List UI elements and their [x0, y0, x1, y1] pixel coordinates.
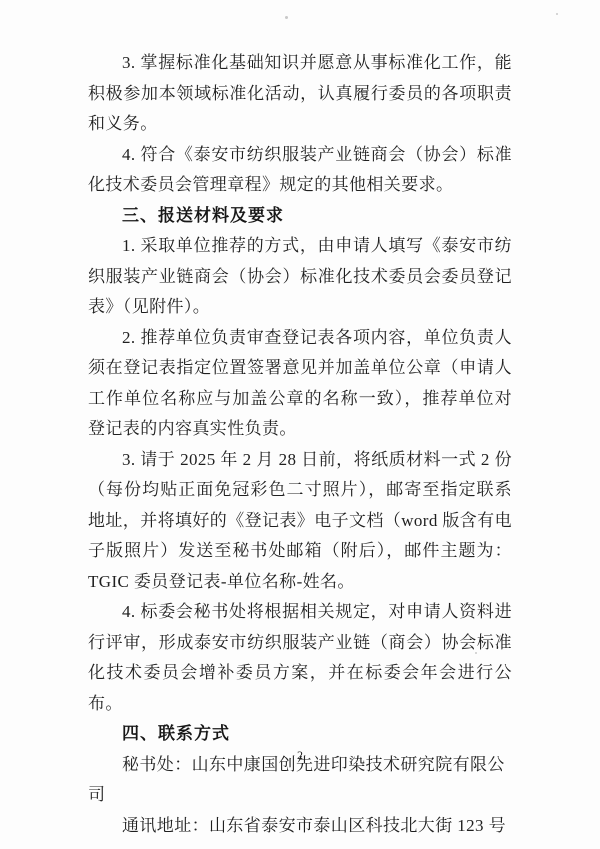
- heading-section-4-contact: 四、联系方式: [88, 719, 512, 750]
- document-body: 3. 掌握标准化基础知识并愿意从事标准化工作，能积极参加本领域标准化活动，认真履…: [88, 48, 512, 841]
- scan-artifact: [556, 13, 558, 15]
- para-qualification-4: 4. 符合《泰安市纺织服装产业链商会（协会）标准化技术委员会管理章程》规定的其他…: [88, 140, 512, 201]
- para-materials-3: 3. 请于 2025 年 2 月 28 日前，将纸质材料一式 2 份（每份均贴正…: [88, 445, 512, 598]
- document-page: 3. 掌握标准化基础知识并愿意从事标准化工作，能积极参加本领域标准化活动，认真履…: [0, 0, 600, 849]
- page-number: 2: [0, 748, 600, 763]
- para-materials-2: 2. 推荐单位负责审查登记表各项内容，单位负责人须在登记表指定位置签署意见并加盖…: [88, 323, 512, 445]
- scan-artifact: [285, 16, 288, 19]
- contact-address: 通讯地址：山东省泰安市泰山区科技北大街 123 号: [88, 811, 512, 842]
- para-materials-1: 1. 采取单位推荐的方式，由申请人填写《泰安市纺织服装产业链商会（协会）标准化技…: [88, 231, 512, 323]
- para-materials-4: 4. 标委会秘书处将根据相关规定，对申请人资料进行评审，形成泰安市纺织服装产业链…: [88, 597, 512, 719]
- heading-section-3-materials: 三、报送材料及要求: [88, 201, 512, 232]
- para-qualification-3: 3. 掌握标准化基础知识并愿意从事标准化工作，能积极参加本领域标准化活动，认真履…: [88, 48, 512, 140]
